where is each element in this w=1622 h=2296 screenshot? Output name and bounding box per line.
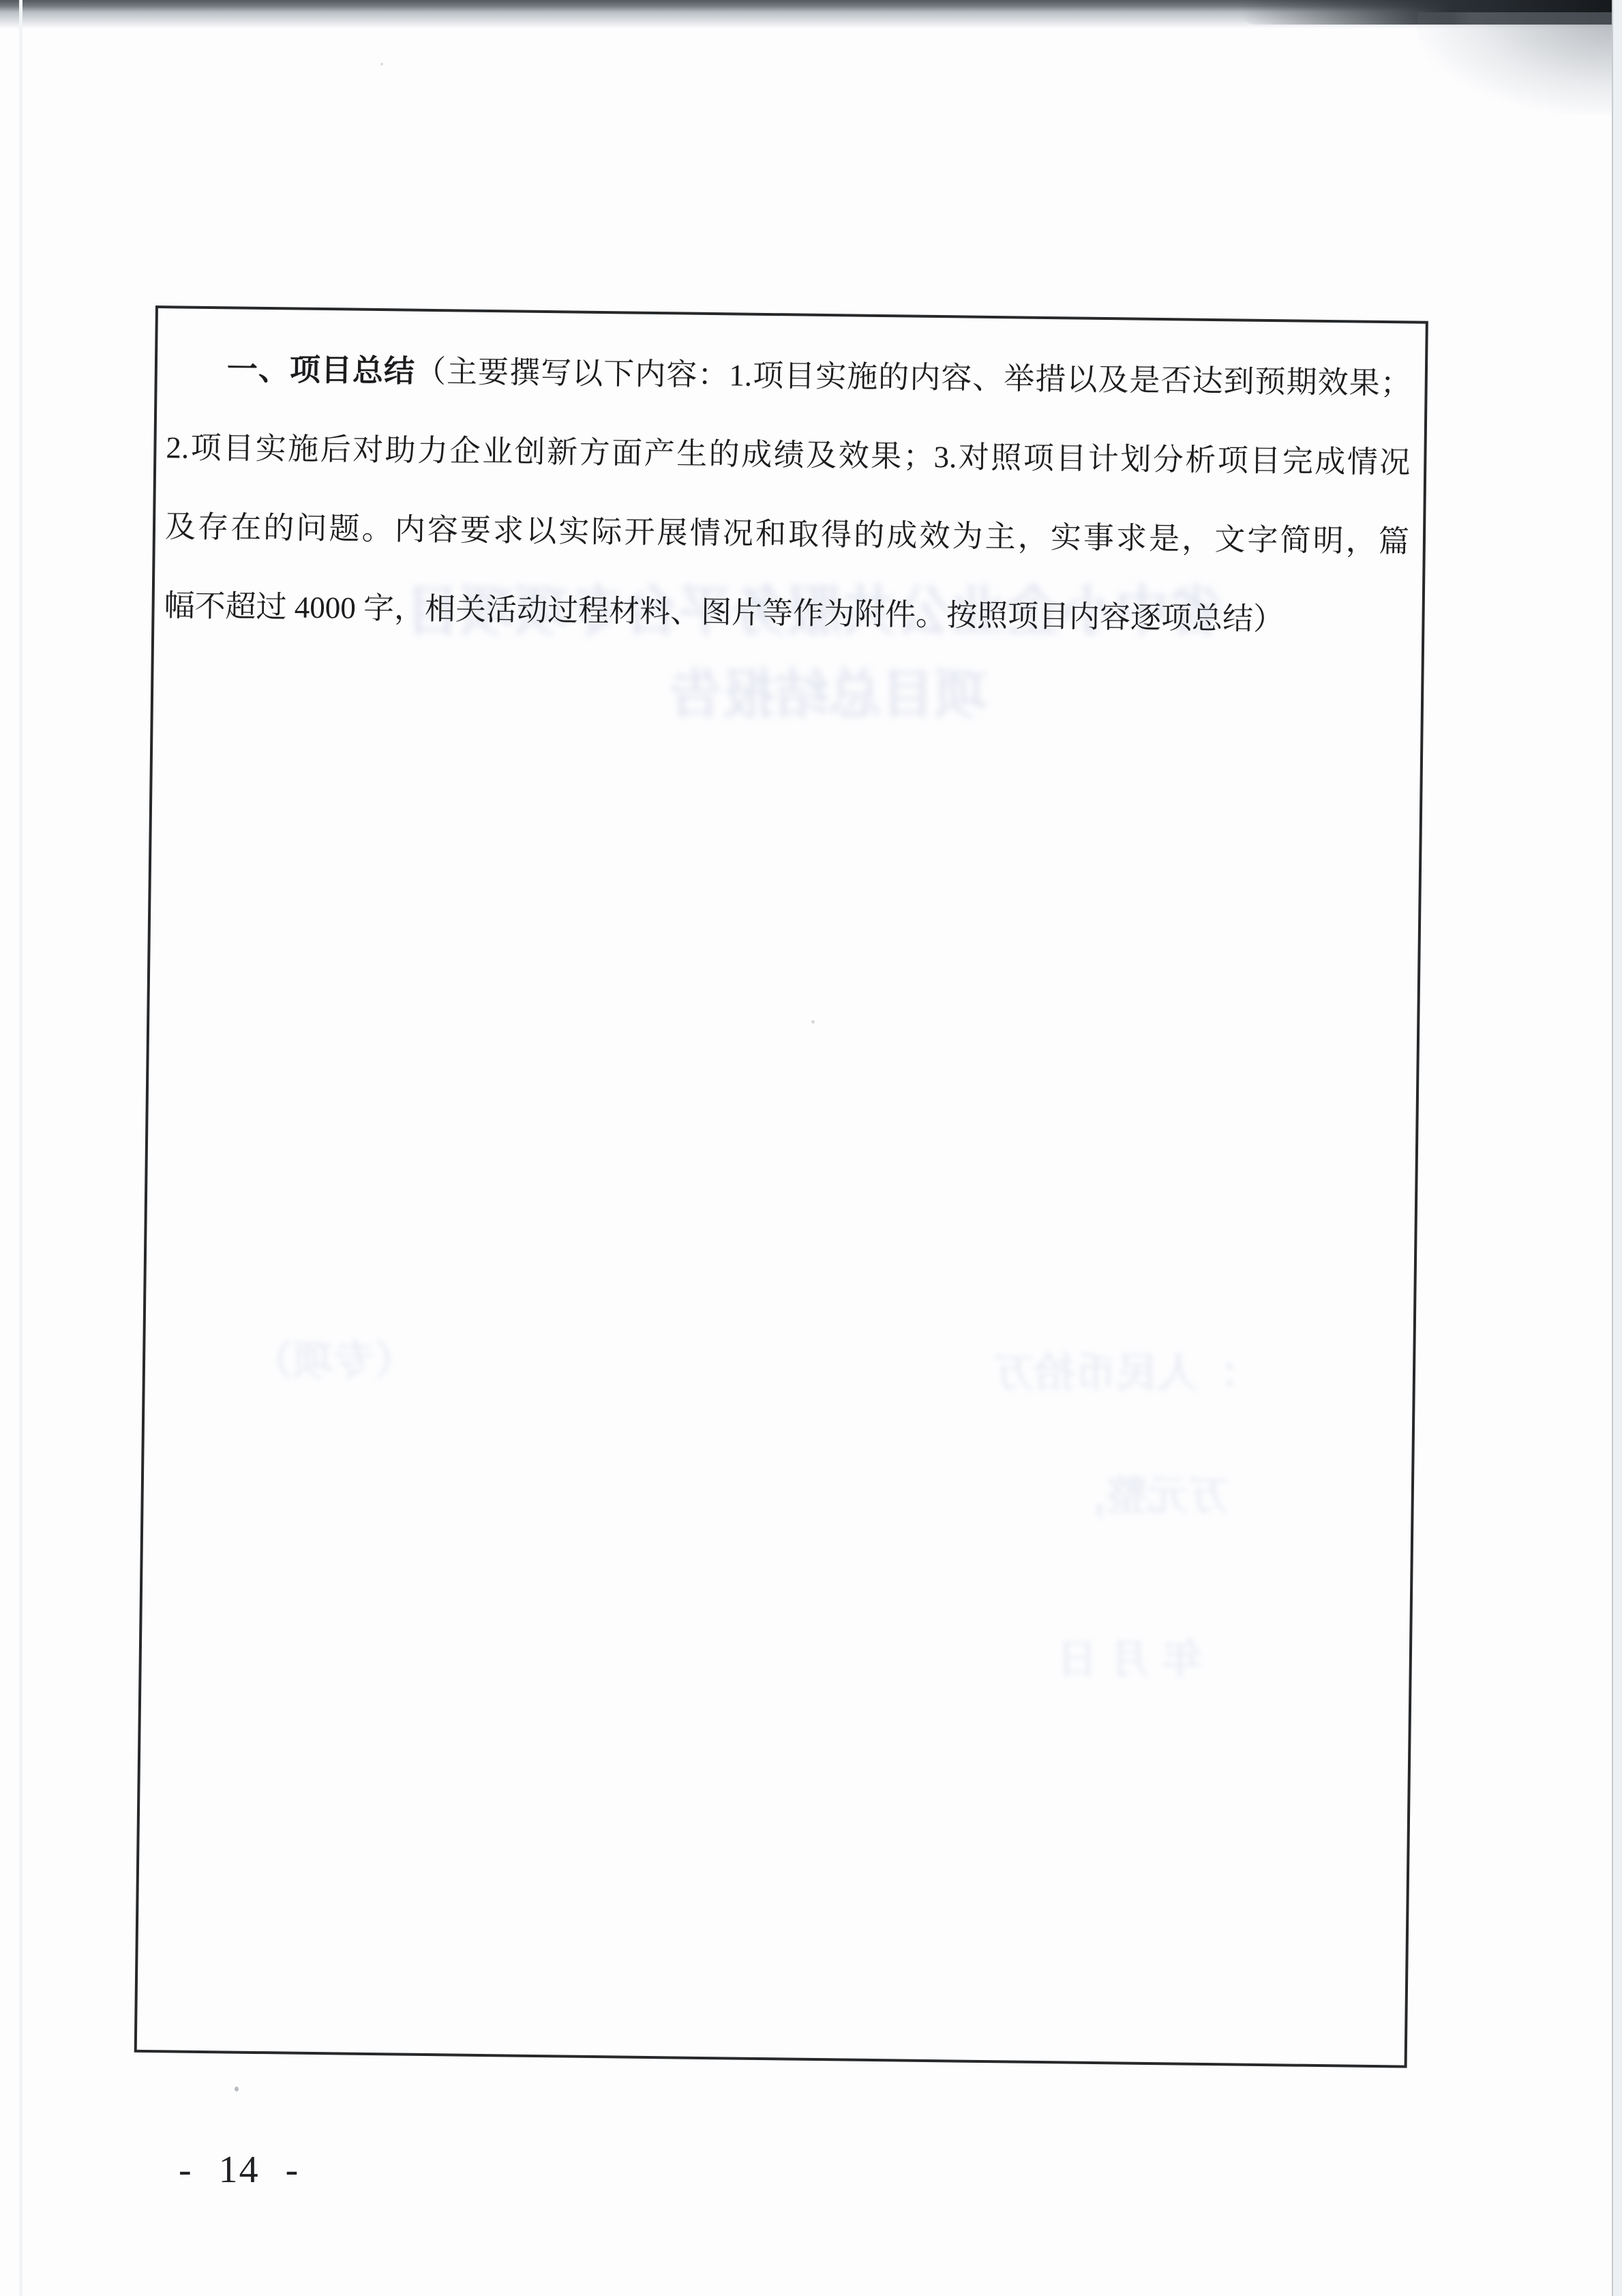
summary-instructions-line1-text: （主要撰写以下内容：1.项目实施的内容、举措以及是否达到预期效果；	[415, 355, 1411, 401]
summary-instructions-line4: 幅不超过 4000 字，相关活动过程材料、图片等作为附件。按照项目内容逐项总结）	[164, 566, 1409, 660]
summary-content-area[interactable]	[140, 676, 1418, 2062]
summary-box: 一、项目总结（主要撰写以下内容：1.项目实施的内容、举措以及是否达到预期效果； …	[134, 305, 1428, 2068]
left-page-edge-line	[19, 0, 22, 2296]
right-page-edge	[1612, 0, 1622, 2296]
page-corner-shadow	[1417, 12, 1622, 115]
page-number: - 14 -	[179, 2148, 299, 2192]
scanned-document-page: 省中小企业公共服务平台专项项目 项目总结报告 （专项） ：人民币拾万 万元整， …	[0, 0, 1622, 2296]
scan-speck	[380, 63, 383, 65]
summary-instructions-line3: 及存在的问题。内容要求以实际开展情况和取得的成效为主，实事求是，文字简明，篇	[164, 487, 1409, 581]
summary-heading: 一、项目总结	[227, 351, 416, 388]
summary-instructions-line2: 2.项目实施后对助力企业创新方面产生的成绩及效果；3.对照项目计划分析项目完成情…	[166, 408, 1411, 502]
scan-speck	[235, 2087, 239, 2091]
summary-instructions-line1: 一、项目总结（主要撰写以下内容：1.项目实施的内容、举措以及是否达到预期效果；	[166, 329, 1411, 423]
scan-speck	[811, 1020, 815, 1024]
summary-instructions: 一、项目总结（主要撰写以下内容：1.项目实施的内容、举措以及是否达到预期效果； …	[154, 308, 1426, 661]
